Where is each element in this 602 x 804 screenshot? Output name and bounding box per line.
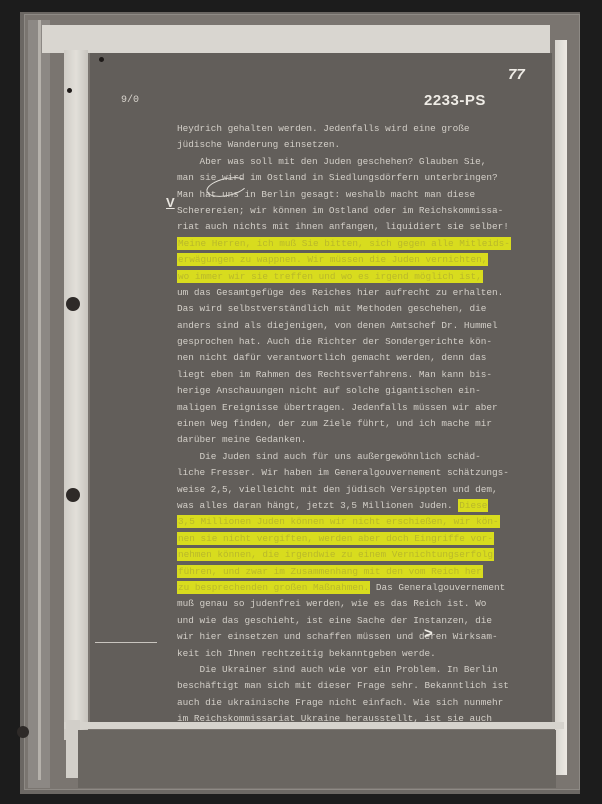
text-line: Aber was soll mit den Juden geschehen? G… <box>177 154 557 170</box>
text-line: nen nicht dafür verantwortlich gemacht w… <box>177 350 557 366</box>
highlighted-text: nen sie nicht vergiften, werden aber doc… <box>177 532 494 545</box>
text-line: Scherereien; wir können im Ostland oder … <box>177 203 557 219</box>
highlighted-text: zu besprechenden großen Maßnahmen. <box>177 581 370 594</box>
text-line: jüdische Wanderung einsetzen. <box>177 137 557 153</box>
text-line: anders sind als diejenigen, von denen Am… <box>177 318 557 334</box>
highlighted-text: Diese <box>458 499 488 512</box>
text-line: auch die ukrainische Frage nicht einfach… <box>177 695 557 711</box>
end-mark: > <box>424 625 433 642</box>
highlighted-text: nehmen können, die irgendwie zu einem Ve… <box>177 548 494 561</box>
document-body-text: Heydrich gehalten werden. Jedenfalls wir… <box>177 121 557 727</box>
text-line: liegt eben im Rahmen des Rechtsverfahren… <box>177 367 557 383</box>
page-lower-margin <box>78 730 556 788</box>
text-line: einen Weg finden, der zum Ziele führt, u… <box>177 416 557 432</box>
margin-line <box>95 642 157 643</box>
text-line: Die Juden sind auch für uns außergewöhnl… <box>177 449 557 465</box>
text-line: keit ich Ihnen rechtzeitig bekanntgeben … <box>177 646 557 662</box>
film-edge-line <box>38 20 41 780</box>
text-line: darüber meine Gedanken. <box>177 432 557 448</box>
text-line: gesprochen hat. Auch die Richter der Son… <box>177 334 557 350</box>
text-line: was alles daran hängt, jetzt 3,5 Million… <box>177 498 557 514</box>
text-line: Heydrich gehalten werden. Jedenfalls wir… <box>177 121 557 137</box>
text-line: und wie das geschieht, ist eine Sache de… <box>177 613 557 629</box>
folio-number: 77 <box>508 66 525 83</box>
text-line: zu besprechenden großen Maßnahmen. Das G… <box>177 580 557 596</box>
highlighted-text: führen, und zwar im Zusammenhang mit den… <box>177 565 483 578</box>
text-line: führen, und zwar im Zusammenhang mit den… <box>177 564 557 580</box>
text-line: wir hier einsetzen und schaffen müssen u… <box>177 629 557 645</box>
highlighted-text: Meine Herren, ich muß Sie bitten, sich g… <box>177 237 511 250</box>
text-line: man sie wird im Ostland in Siedlungsdörf… <box>177 170 557 186</box>
text-line: muß genau so judenfrei werden, wie es da… <box>177 596 557 612</box>
punch-hole-icon <box>17 726 29 738</box>
text-line: wo immer wir sie treffen und wo es irgen… <box>177 269 557 285</box>
staple-mark-icon <box>67 88 72 93</box>
highlighted-text: wo immer wir sie treffen und wo es irgen… <box>177 270 483 283</box>
punch-hole-icon <box>66 488 80 502</box>
text-line: Das wird selbstverständlich mit Methoden… <box>177 301 557 317</box>
staple-mark-icon <box>99 57 104 62</box>
text-line: Man hat uns in Berlin gesagt: weshalb ma… <box>177 187 557 203</box>
margin-mark: V <box>166 195 175 210</box>
text-line: weise 2,5, vielleicht mit den jüdisch Ve… <box>177 482 557 498</box>
text-line: erwägungen zu wappnen. Wir müssen die Ju… <box>177 252 557 268</box>
text-line: nen sie nicht vergiften, werden aber doc… <box>177 531 557 547</box>
text-line: im Reichskommissariat Ukraine herausstel… <box>177 711 557 727</box>
page-marker: 9/0 <box>121 95 139 106</box>
document-number: 2233-PS <box>424 92 486 109</box>
text-line: maligen Ereignisse übertragen. Jedenfall… <box>177 400 557 416</box>
highlighted-text: 3,5 Millionen Juden können wir nicht ers… <box>177 515 500 528</box>
text-line: Meine Herren, ich muß Sie bitten, sich g… <box>177 236 557 252</box>
text-line: beschäftigt man sich mit dieser Frage se… <box>177 678 557 694</box>
page-left-border <box>64 50 88 740</box>
text-line: riat auch nichts mit ihnen anfangen, liq… <box>177 219 557 235</box>
text-line: um das Gesamtgefüge des Reiches hier auf… <box>177 285 557 301</box>
text-line: liche Fresser. Wir haben im Generalgouve… <box>177 465 557 481</box>
highlighted-text: erwägungen zu wappnen. Wir müssen die Ju… <box>177 253 488 266</box>
text-line: herige Anschauungen nicht auf solche gig… <box>177 383 557 399</box>
text-line: nehmen können, die irgendwie zu einem Ve… <box>177 547 557 563</box>
text-line: Die Ukrainer sind auch wie vor ein Probl… <box>177 662 557 678</box>
page-top-border <box>42 25 550 53</box>
punch-hole-icon <box>66 297 80 311</box>
text-line: 3,5 Millionen Juden können wir nicht ers… <box>177 514 557 530</box>
